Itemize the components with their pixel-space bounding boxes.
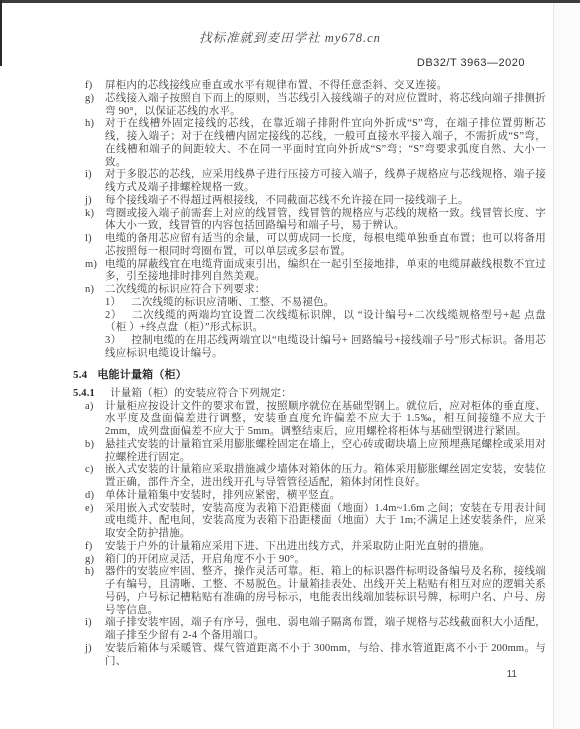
list-item: g) 芯线接入端子按照自下而上的原则，当芯线引入接线端子的对应位置时，将芯线向端… (73, 93, 546, 119)
list-item-label: g) (85, 93, 105, 119)
list-item-text: 单体计量箱集中安装时，排列应紧密，横平竖直。 (105, 490, 546, 503)
page-right-edge-line (553, 3, 554, 729)
list-item-label: i) (85, 169, 105, 195)
list-item: b) 悬挂式安装的计量箱宜采用膨胀螺栓固定在墙上，空心砖或砌块墙上应预埋燕尾螺栓… (73, 439, 546, 465)
sub-list-item-text: 二次线缆的两端均宜设置二次线缆标识牌，以 “设计编号+二次线缆规格型号+起 点盘… (105, 310, 546, 334)
scan-top-bar (0, 0, 580, 3)
list-item-text: 芯线接入端子按照自下而上的原则，当芯线引入接线端子的对应位置时，将芯线向端子排侧… (105, 93, 546, 119)
list-item-text: 对于多股芯的芯线，应采用线鼻子进行压接方可接入端子，线鼻子规格应与芯线规格、端子… (105, 169, 546, 195)
list-item-label: d) (85, 490, 105, 503)
list-item: i) 对于多股芯的芯线，应采用线鼻子进行压接方可接入端子，线鼻子规格应与芯线规格… (73, 169, 546, 195)
list-item: f) 屏柜内的芯线接线应垂直或水平有规律布置、不得任意歪斜、交叉连接。 (73, 80, 546, 93)
list-item-text: 嵌入式安装的计量箱应采取措施减少墙体对箱体的压力。箱体采用膨胀螺丝固定安装，安装… (105, 464, 546, 490)
clause-heading: 5.4.1 计量箱（柜）的安装应符合下列规定： (73, 388, 546, 401)
list-item-text: 安装于户外的计量箱应采用下进、下出进出线方式，并采取防止阳光直射的措施。 (105, 541, 546, 554)
list-item-text: 弯圈或接入端子前需套上对应的线冒管，线冒管的规格应与芯线的规格一致。线冒管长度、… (105, 208, 546, 234)
list-item-label: h) (85, 118, 105, 169)
clause-text: 计量箱（柜）的安装应符合下列规定： (110, 388, 546, 401)
list-item: l) 电缆的备用芯应留有适当的余量，可以剪成同一长度，每根电缆单独垂直布置；也可… (73, 233, 546, 259)
list-item-text: 悬挂式安装的计量箱宜采用膨胀螺栓固定在墙上，空心砖或砌块墙上应预埋燕尾螺栓或采用… (105, 439, 546, 465)
list-item-label: b) (85, 439, 105, 465)
list-item: j) 每个接线端子不得超过两根接线，不同截面芯线不允许接在同一接线端子上。 (73, 195, 546, 208)
list-item-text: 箱门的开闭应灵活，开启角度不小于 90°。 (105, 554, 546, 567)
list-item-text: 计量柜应按设计文件的要求布置，按照顺序就位在基础型钢上。就位后，应对柜体的垂直度… (105, 401, 546, 439)
list-item-label: g) (85, 554, 105, 567)
list-item-label: c) (85, 464, 105, 490)
list-item-text: 电缆的备用芯应留有适当的余量，可以剪成同一长度，每根电缆单独垂直布置；也可以将备… (105, 233, 546, 259)
list-item-text: 屏柜内的芯线接线应垂直或水平有规律布置、不得任意歪斜、交叉连接。 (105, 80, 546, 93)
page-body: f) 屏柜内的芯线接线应垂直或水平有规律布置、不得任意歪斜、交叉连接。 g) 芯… (73, 80, 546, 668)
list-item-text: 电缆的屏蔽线宜在电缆背面成束引出，编织在一起引至接地排，单束的电缆屏蔽线根数不宜… (105, 259, 546, 285)
list-item-label: h) (85, 566, 105, 617)
sub-list-item: 2）二次线缆的两端均宜设置二次线缆标识牌，以 “设计编号+二次线缆规格型号+起 … (105, 310, 546, 336)
list-item: d) 单体计量箱集中安装时，排列应紧密，横平竖直。 (73, 490, 546, 503)
section-title: 电能计量箱（柜） (97, 369, 187, 381)
list-item-text: 每个接线端子不得超过两根接线，不同截面芯线不允许接在同一接线端子上。 (105, 195, 546, 208)
list-item: h) 对于在线槽外固定接线的芯线，在靠近端子排附件宜向外折成“S”弯，在端子排位… (73, 118, 546, 169)
list-item-label: l) (85, 233, 105, 259)
standard-number: DB32/T 3963—2020 (417, 57, 525, 69)
sub-list: 1）二次线缆的标识应清晰、工整、不易褪色。 2）二次线缆的两端均宜设置二次线缆标… (73, 297, 546, 361)
page-number: 11 (507, 669, 517, 680)
list-item-text: 采用嵌入式安装时，安装高度为表箱下沿距楼面（地面）1.4m~1.6m 之间；安装… (105, 503, 546, 541)
list-item-label: m) (85, 259, 105, 285)
list-item-label: j) (85, 643, 105, 669)
list-item: n) 二次线缆的标识应符合下列要求： (73, 284, 546, 297)
list-item-label: f) (85, 541, 105, 554)
section-number: 5.4 (73, 369, 87, 381)
list-item-text: 二次线缆的标识应符合下列要求： (105, 284, 546, 297)
list-item: h) 器件的安装应牢固、整齐，操作灵活可靠。柜、箱上的标识器件标明设备编号及名称… (73, 566, 546, 617)
list-item: f) 安装于户外的计量箱应采用下进、下出进出线方式，并采取防止阳光直射的措施。 (73, 541, 546, 554)
list-item-label: k) (85, 208, 105, 234)
list-item: i) 端子排安装牢固，端子有序号，强电、弱电端子隔离布置，端子规格与芯线截面积大… (73, 617, 546, 643)
list-item-label: f) (85, 80, 105, 93)
list-item-label: e) (85, 503, 105, 541)
sub-list-item-text: 二次线缆的标识应清晰、工整、不易褪色。 (131, 297, 334, 308)
bottom-list: a) 计量柜应按设计文件的要求布置，按照顺序就位在基础型钢上。就位后，应对柜体的… (73, 401, 546, 669)
section-heading: 5.4电能计量箱（柜） (73, 369, 546, 382)
list-item: j) 安装后箱体与采暖管、煤气管道距离不小于 300mm，与给、排水管道距离不小… (73, 643, 546, 669)
list-item-label: n) (85, 284, 105, 297)
page-right-shade (554, 3, 580, 729)
sub-list-item-label: 3） (105, 335, 121, 346)
list-item: a) 计量柜应按设计文件的要求布置，按照顺序就位在基础型钢上。就位后，应对柜体的… (73, 401, 546, 439)
sub-list-item: 3）控制电缆的在用芯线两端宜以“电缆设计编号+ 回路编号+接线端子号”形式标识。… (105, 335, 546, 361)
sub-list-item-label: 1） (105, 297, 121, 308)
list-item-label: a) (85, 401, 105, 439)
list-item: g) 箱门的开闭应灵活，开启角度不小于 90°。 (73, 554, 546, 567)
sub-list-item-label: 2） (105, 310, 122, 321)
top-list: f) 屏柜内的芯线接线应垂直或水平有规律布置、不得任意歪斜、交叉连接。 g) 芯… (73, 80, 546, 361)
list-item-text: 器件的安装应牢固、整齐，操作灵活可靠。柜、箱上的标识器件标明设备编号及名称，接线… (105, 566, 546, 617)
list-item: c) 嵌入式安装的计量箱应采取措施减少墙体对箱体的压力。箱体采用膨胀螺丝固定安装… (73, 464, 546, 490)
sub-list-item: 1）二次线缆的标识应清晰、工整、不易褪色。 (105, 297, 546, 310)
list-item: m) 电缆的屏蔽线宜在电缆背面成束引出，编织在一起引至接地排，单束的电缆屏蔽线根… (73, 259, 546, 285)
clause-number: 5.4.1 (73, 388, 110, 401)
list-item-text: 对于在线槽外固定接线的芯线，在靠近端子排附件宜向外折成“S”弯，在端子排位置剪断… (105, 118, 546, 169)
list-item-text: 安装后箱体与采暖管、煤气管道距离不小于 300mm，与给、排水管道距离不小于 2… (105, 643, 546, 669)
watermark-text: 找标准就到麦田学社 my678.cn (0, 28, 580, 46)
list-item-label: i) (85, 617, 105, 643)
list-item-label: j) (85, 195, 105, 208)
document-page: 找标准就到麦田学社 my678.cn DB32/T 3963—2020 f) 屏… (0, 0, 580, 729)
list-item-text: 端子排安装牢固，端子有序号，强电、弱电端子隔离布置，端子规格与芯线截面积大小适配… (105, 617, 546, 643)
list-item: k) 弯圈或接入端子前需套上对应的线冒管，线冒管的规格应与芯线的规格一致。线冒管… (73, 208, 546, 234)
sub-list-item-text: 控制电缆的在用芯线两端宜以“电缆设计编号+ 回路编号+接线端子号”形式标识。备用… (105, 335, 546, 359)
list-item: e) 采用嵌入式安装时，安装高度为表箱下沿距楼面（地面）1.4m~1.6m 之间… (73, 503, 546, 541)
